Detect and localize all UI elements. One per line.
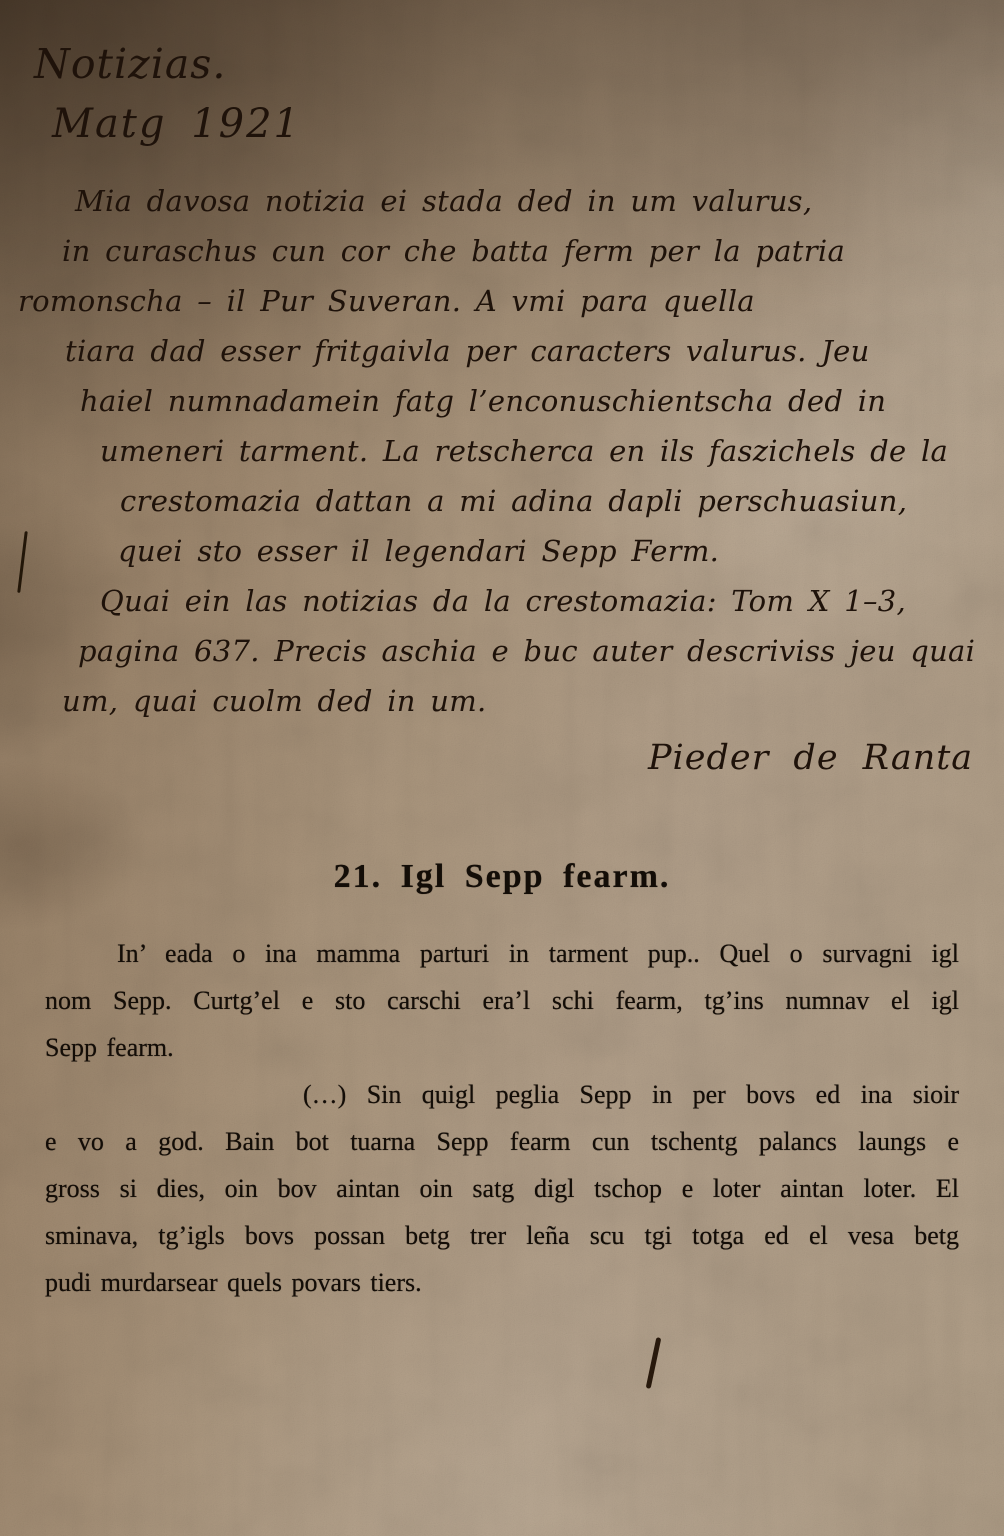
handwritten-line: haiel numnadamein fatg l’enconuschientsc…: [0, 376, 1004, 426]
ink-stroke-bottom: [646, 1337, 662, 1389]
handwritten-line: Quai ein las notizias da la crestomazia:…: [0, 576, 1004, 626]
printed-story-body: In’ eada o ina mamma parturi in tarment …: [45, 930, 959, 1306]
note-title: Notizias.: [34, 40, 226, 88]
printed-line: nom Sepp. Curtg’el e sto carschi era’l s…: [45, 977, 959, 1024]
handwritten-line: crestomazia dattan a mi adina dapli pers…: [0, 476, 1004, 526]
handwritten-line: quei sto esser il legendari Sepp Ferm.: [0, 526, 1004, 576]
printed-line: In’ eada o ina mamma parturi in tarment …: [45, 930, 959, 977]
handwritten-line: Mia davosa notizia ei stada ded in um va…: [0, 176, 1004, 226]
handwritten-note-body: Mia davosa notizia ei stada ded in um va…: [0, 176, 1004, 726]
handwritten-line: pagina 637. Precis aschia e buc auter de…: [0, 626, 1004, 676]
signature: Pieder de Ranta: [648, 738, 973, 778]
printed-line: Sepp fearm.: [45, 1024, 959, 1071]
printed-line: pudi murdarsear quels povars tiers.: [45, 1259, 959, 1306]
story-heading: 21. Igl Sepp fearm.: [0, 858, 1004, 896]
handwritten-line: umeneri tarment. La retscherca en ils fa…: [0, 426, 1004, 476]
note-date: Matg 1921: [52, 101, 301, 147]
scanned-manuscript-page: Notizias. Matg 1921 Mia davosa notizia e…: [0, 0, 1004, 1536]
printed-line: e vo a god. Bain bot tuarna Sepp fearm c…: [45, 1118, 959, 1165]
handwritten-line: romonscha – il Pur Suveran. A vmi para q…: [0, 276, 1004, 326]
handwritten-line: tiara dad esser fritgaivla per caracters…: [0, 326, 1004, 376]
printed-line: sminava, tg’igls bovs possan betg trer l…: [45, 1212, 959, 1259]
printed-line: (…) Sin quigl peglia Sepp in per bovs ed…: [45, 1071, 959, 1118]
printed-line: gross si dies, oin bov aintan oin satg d…: [45, 1165, 959, 1212]
handwritten-line: in curaschus cun cor che batta ferm per …: [0, 226, 1004, 276]
handwritten-line: um, quai cuolm ded in um.: [0, 676, 1004, 726]
